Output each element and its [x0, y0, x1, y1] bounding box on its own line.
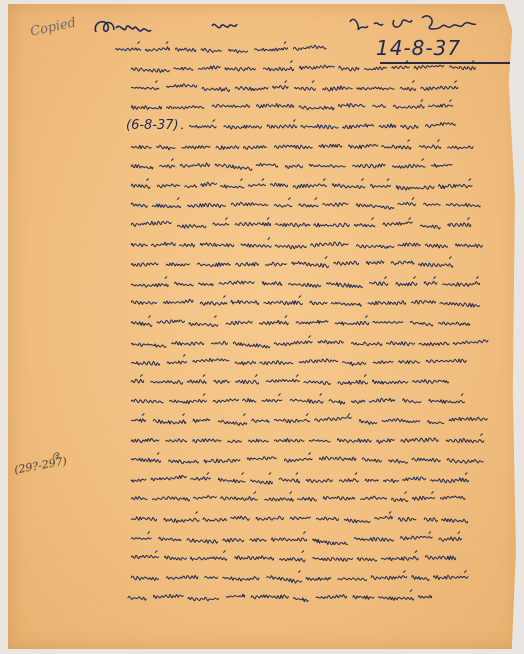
- header-place: [348, 12, 498, 38]
- handwritten-line: [82, 177, 512, 195]
- handwritten-line: [82, 569, 512, 587]
- handwritten-line: [82, 354, 512, 372]
- letter-date: 14-8-37: [376, 36, 461, 60]
- handwritten-line: [82, 471, 512, 489]
- handwritten-line: [82, 432, 512, 450]
- handwritten-line: [82, 373, 512, 391]
- handwritten-line: [82, 158, 512, 176]
- handwritten-line: [82, 79, 512, 97]
- handwritten-line: [82, 138, 512, 156]
- header-word-middle: [210, 18, 238, 40]
- header-salutation: [92, 16, 154, 43]
- handwritten-line: [82, 393, 512, 411]
- handwritten-line: [82, 334, 512, 352]
- handwritten-line: [82, 60, 512, 78]
- handwritten-line: [82, 197, 512, 215]
- handwritten-line: [82, 275, 512, 293]
- handwritten-line: [82, 530, 512, 548]
- handwritten-line: [82, 550, 512, 568]
- handwritten-line: [82, 216, 512, 234]
- handwritten-line: [82, 40, 372, 58]
- handwritten-line: [82, 99, 512, 117]
- handwritten-line: [82, 236, 512, 254]
- handwritten-line: (6-8-37): [82, 118, 512, 136]
- inline-date: (6-8-37): [124, 118, 181, 133]
- handwritten-line: [82, 412, 512, 430]
- handwritten-line: [82, 510, 512, 528]
- handwritten-line: [82, 452, 512, 470]
- manuscript-page: Copied 14-8-37 ദ (29?-297) (6-8-37): [8, 4, 520, 649]
- margin-reference-note: (29?-297): [13, 454, 68, 476]
- handwritten-line: [82, 491, 512, 509]
- copied-pencil-annotation: Copied: [29, 15, 77, 39]
- handwritten-line: [82, 295, 512, 313]
- handwritten-line: [82, 589, 482, 607]
- handwritten-line: [82, 256, 512, 274]
- handwritten-line: [82, 314, 512, 332]
